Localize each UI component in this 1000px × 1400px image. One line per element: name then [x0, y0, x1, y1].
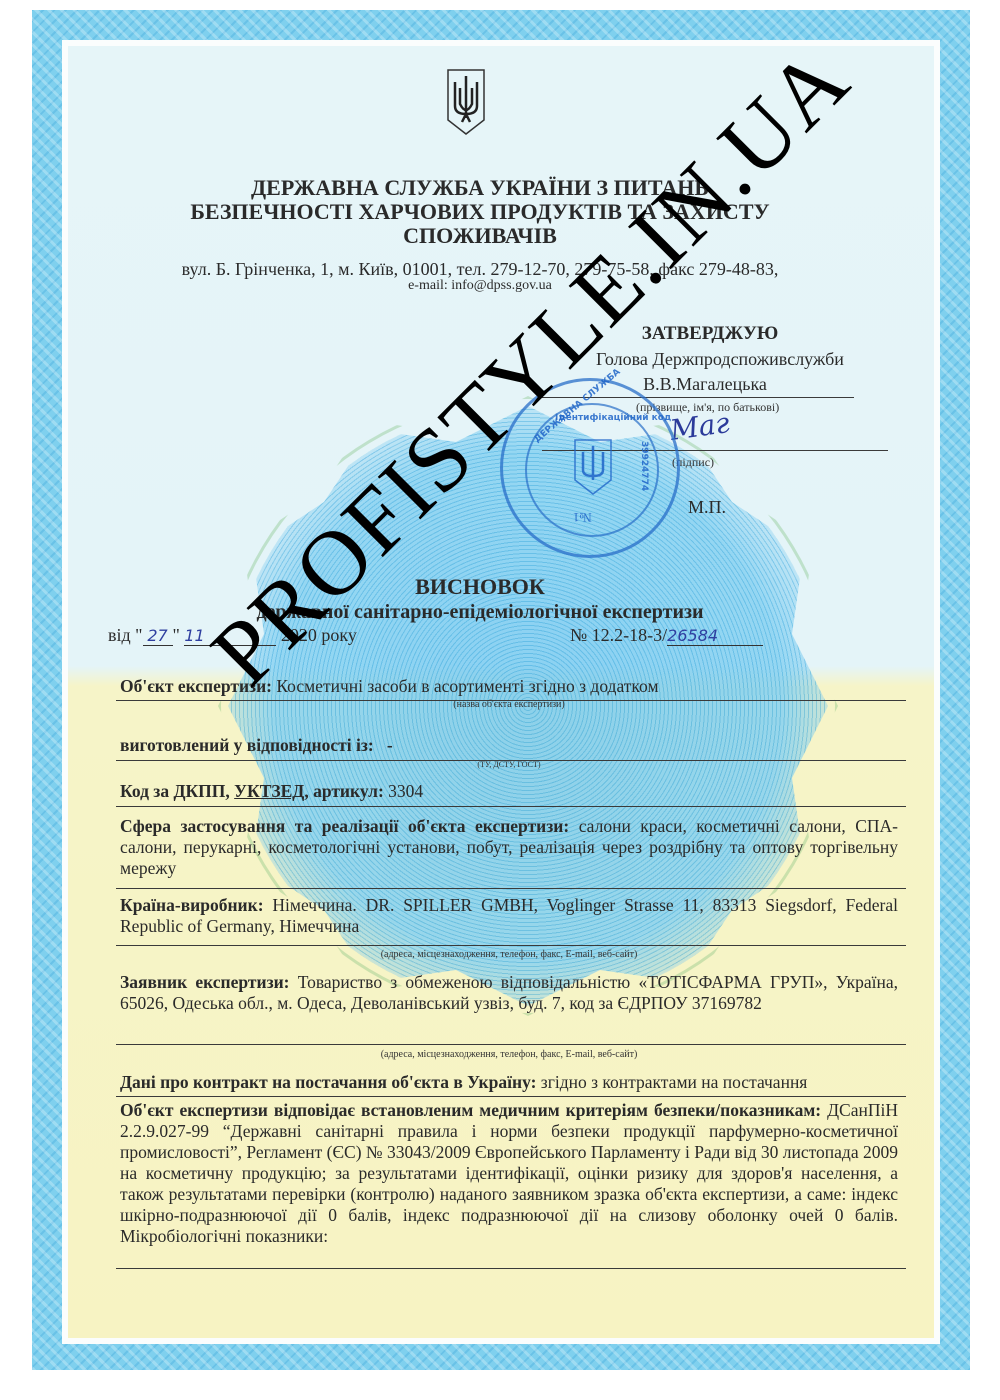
- made-hint: (ТУ, ДСТУ, ГОСТ): [120, 760, 898, 769]
- applicant-hint: (адреса, місцезнаходження, телефон, факс…: [120, 1049, 898, 1060]
- stamp-inner-text: Ідентифікаційний код: [555, 413, 671, 423]
- stamp-code: 39924774: [639, 441, 649, 491]
- divider: [116, 1096, 906, 1097]
- date-day: 27: [143, 626, 173, 646]
- divider: [116, 945, 906, 946]
- divider: [116, 1268, 906, 1269]
- document-number-value: 26584: [667, 626, 763, 646]
- document-title: ВИСНОВОК: [100, 574, 860, 600]
- org-email: e-mail: info@dpss.gov.ua: [100, 278, 860, 294]
- country-hint: (адреса, місцезнаходження, телефон, факс…: [120, 949, 898, 960]
- stamp-number: №1: [573, 509, 592, 525]
- field-country: Країна-виробник: Німеччина. DR. SPILLER …: [120, 895, 898, 937]
- field-applicant: Заявник експертизи: Товариство з обмежен…: [120, 972, 898, 1014]
- divider: [116, 1044, 906, 1045]
- field-contract: Дані про контракт на постачання об'єкта …: [120, 1072, 898, 1093]
- field-scope: Сфера застосування та реалізації об'єкта…: [120, 816, 898, 879]
- divider: [116, 888, 906, 889]
- trident-coat-of-arms-icon: [446, 68, 486, 136]
- field-compliance: Об'єкт експертизи відповідає встановлени…: [120, 1100, 898, 1247]
- document-number: № 12.2-18-3/26584: [570, 625, 763, 646]
- divider: [116, 806, 906, 807]
- org-address: вул. Б. Грінченка, 1, м. Київ, 01001, те…: [100, 258, 860, 280]
- seal-label: М.П.: [688, 497, 726, 518]
- org-line-3: СПОЖИВАЧІВ: [100, 224, 860, 248]
- field-made-according: виготовлений у відповідності із: -: [120, 735, 898, 756]
- field-code: Код за ДКПП, УКТЗЕД, артикул: 3304: [120, 781, 898, 802]
- stamp-trident-icon: [571, 436, 615, 496]
